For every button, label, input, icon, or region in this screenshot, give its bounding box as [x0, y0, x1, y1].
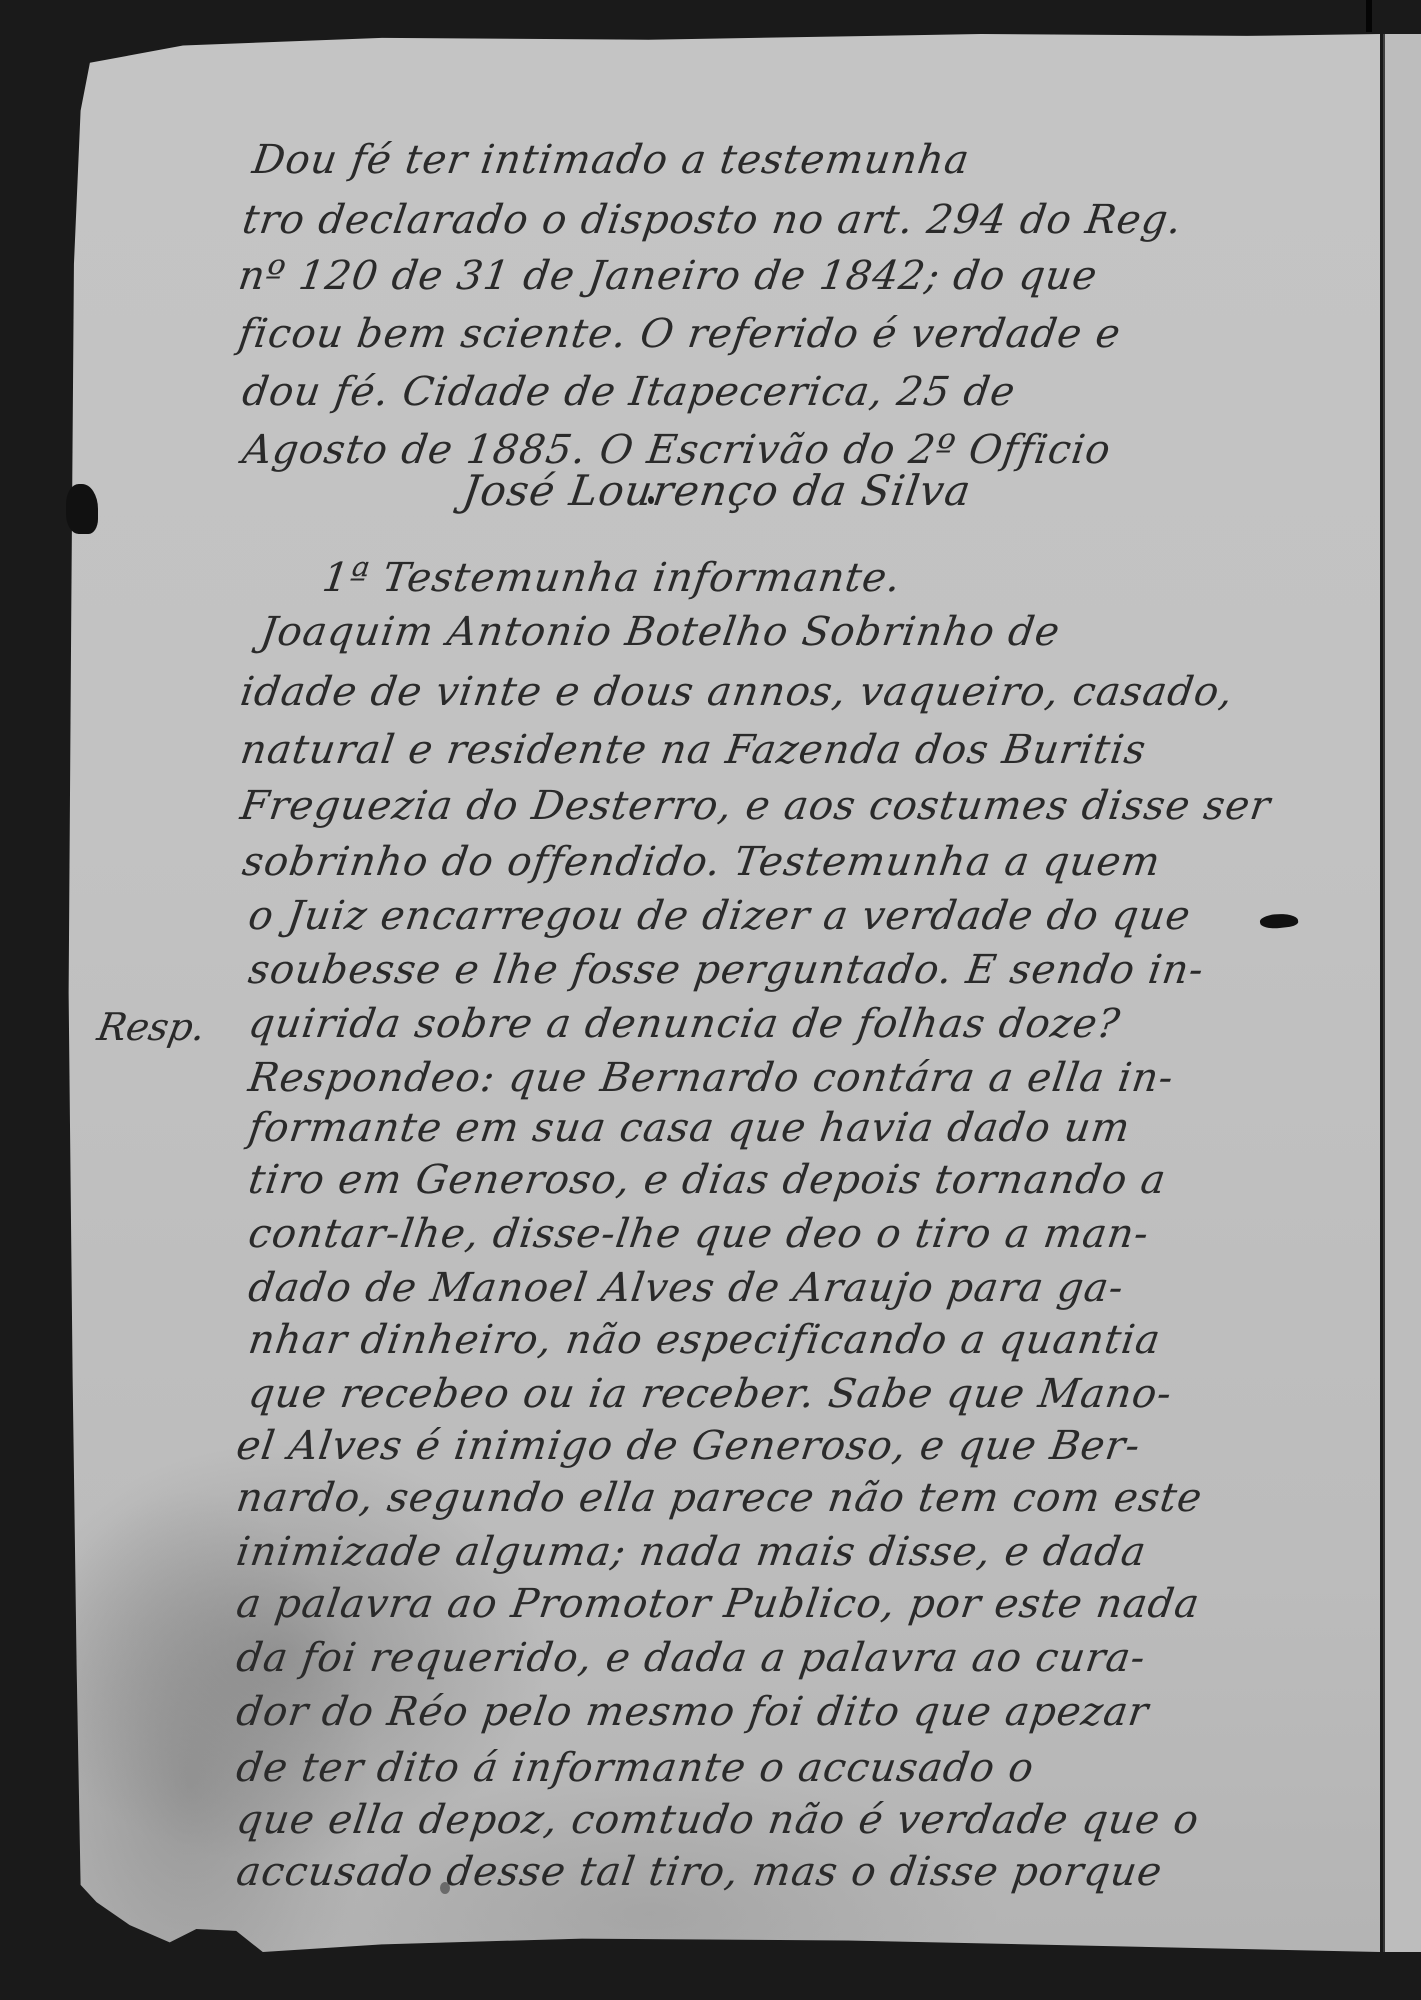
text-line: que ella depoz, comtudo não é verdade qu… — [234, 1800, 1202, 1840]
text-line: idade de vinte e dous annos, vaqueiro, c… — [238, 672, 1236, 712]
text-line: ficou bem sciente. O referido é verdade … — [236, 314, 1123, 354]
text-line: nhar dinheiro, não especificando a quant… — [246, 1320, 1163, 1360]
text-line: Joaquim Antonio Botelho Sobrinho de — [258, 612, 1063, 652]
text-line: natural e residente na Fazenda dos Burit… — [238, 730, 1149, 770]
text-line: de ter dito á informante o accusado o — [234, 1748, 1037, 1788]
text-line: sobrinho do offendido. Testemunha a quem — [240, 842, 1163, 882]
text-line: a palavra ao Promotor Publico, por este … — [234, 1584, 1202, 1624]
text-line: o Juiz encarregou de dizer a verdade do … — [246, 896, 1193, 936]
handwritten-text: Dou fé ter intimado a testemunha tro dec… — [0, 0, 1421, 2000]
text-line: Agosto de 1885. O Escrivão do 2º Officio — [240, 430, 1113, 470]
text-line: Respondeo: que Bernardo contára a ella i… — [246, 1058, 1176, 1098]
scribe-signature: José Lourenço da Silva — [460, 470, 974, 512]
text-line: da foi requerido, e dada a palavra ao cu… — [234, 1638, 1148, 1678]
text-line: Freguezia do Desterro, e aos costumes di… — [238, 786, 1273, 826]
text-line: que recebeo ou ia receber. Sabe que Mano… — [246, 1374, 1175, 1414]
text-line: dor do Réo pelo mesmo foi dito que apeza… — [234, 1692, 1151, 1732]
text-line: el Alves é inimigo de Generoso, e que Be… — [234, 1426, 1143, 1466]
text-line: dou fé. Cidade de Itapecerica, 25 de — [240, 372, 1018, 412]
text-line: nº 120 de 31 de Janeiro de 1842; do que — [236, 256, 1100, 296]
text-line: formante em sua casa que havia dado um — [246, 1108, 1133, 1148]
text-line: contar-lhe, disse-lhe que deo o tiro a m… — [246, 1214, 1152, 1254]
text-line: tro declarado o disposto no art. 294 do … — [240, 200, 1185, 240]
text-line: tiro em Generoso, e dias depois tornando… — [246, 1160, 1169, 1200]
text-line: accusado desse tal tiro, mas o disse por… — [234, 1852, 1165, 1892]
section-heading: 1ª Testemunha informante. — [320, 558, 904, 598]
text-line: quirida sobre a denuncia de folhas doze? — [246, 1004, 1123, 1044]
text-line: nardo, segundo ella parece não tem com e… — [234, 1478, 1205, 1518]
text-line: inimizade alguma; nada mais disse, e dad… — [234, 1532, 1149, 1572]
text-line: soubesse e lhe fosse perguntado. E sendo… — [246, 950, 1207, 990]
text-line: Dou fé ter intimado a testemunha — [250, 140, 972, 180]
text-line: dado de Manoel Alves de Araujo para ga- — [246, 1268, 1126, 1308]
margin-note: Resp. — [94, 1005, 209, 1049]
